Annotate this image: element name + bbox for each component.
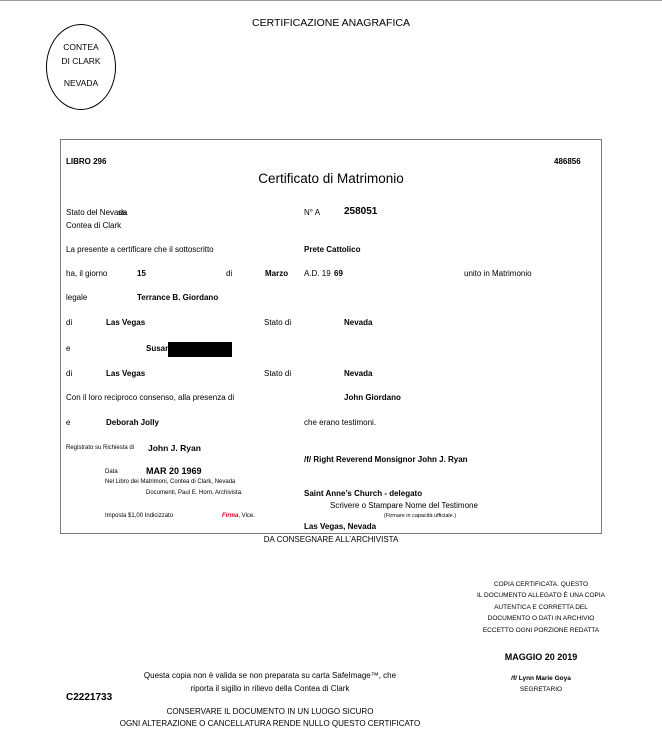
- groom-of-label: di: [66, 318, 72, 327]
- validity-line-2: riporta il sigillo in rilievo della Cont…: [50, 682, 490, 695]
- bride-city: Las Vegas: [106, 369, 145, 378]
- seal-line-1: CONTEA: [47, 42, 115, 52]
- day-label: ha, il giorno: [66, 269, 107, 278]
- certified-line-4: DOCUMENTO O DATI IN ARCHIVIO: [420, 613, 662, 624]
- and-label: e: [66, 344, 70, 353]
- document-code: C2221733: [66, 692, 112, 703]
- certified-line-1: COPIA CERTIFICATA. QUESTO: [420, 579, 662, 590]
- redaction-box: [168, 342, 232, 357]
- fee-text: Imposta $1,00 Indicizzato: [105, 513, 173, 519]
- seal-line-3: NEVADA: [47, 78, 115, 88]
- top-border: [0, 0, 662, 1]
- validity-notice: Questa copia non è valida se non prepara…: [50, 669, 490, 695]
- signed-by: /f/ Right Reverend Monsignor John J. Rya…: [304, 455, 468, 464]
- validity-line-1: Questa copia non è valida se non prepara…: [50, 669, 490, 682]
- seal-line-2: DI CLARK: [47, 56, 115, 66]
- of-label: di: [226, 269, 232, 278]
- signature-word: Firma: [222, 513, 238, 519]
- alteration-warning: OGNI ALTERAZIONE O CANCELLATURA RENDE NU…: [50, 718, 490, 730]
- year-prefix: A.D. 19: [304, 269, 331, 278]
- certificate-title: Certificato di Matrimonio: [0, 171, 662, 186]
- witness-2: Deborah Jolly: [106, 418, 159, 427]
- certified-date: MAGGIO 20 2019: [420, 652, 662, 662]
- certified-line-3: AUTENTICA E CORRETTA DEL: [420, 602, 662, 613]
- serial-number: 486856: [554, 157, 581, 166]
- deliver-text: DA CONSEGNARE ALL’ARCHIVISTA: [0, 535, 662, 544]
- signature-line: Firma, Vice.: [222, 513, 255, 519]
- keep-safe-text: CONSERVARE IL DOCUMENTO IN UN LUOGO SICU…: [50, 706, 490, 718]
- county-seal: CONTEA DI CLARK NEVADA: [46, 24, 116, 110]
- church: Saint Anne’s Church - delegato: [304, 489, 422, 498]
- certificate-frame: [60, 139, 602, 534]
- official-capacity: (Firmare in capacità ufficiale.): [384, 513, 456, 519]
- date-label: Data: [105, 469, 118, 475]
- location: Las Vegas, Nevada: [304, 522, 376, 531]
- certified-line-2: IL DOCUMENTO ALLEGATO È UNA COPIA: [420, 590, 662, 601]
- officiant-role: Prete Cattolico: [304, 245, 360, 254]
- safety-notice: CONSERVARE IL DOCUMENTO IN UN LUOGO SICU…: [50, 706, 490, 730]
- witness-text: che erano testimoni.: [304, 418, 376, 427]
- groom-state-label: Stato di: [264, 318, 291, 327]
- witness-1: John Giordano: [344, 393, 401, 402]
- book-line-2: Documenti, Paul E. Horn, Archivista.: [146, 490, 243, 496]
- and-label-2: e: [66, 418, 70, 427]
- bride-state-label: Stato di: [264, 369, 291, 378]
- recorded-by: John J. Ryan: [148, 443, 201, 453]
- bride-state: Nevada: [344, 369, 372, 378]
- united-text: unito in Matrimonio: [464, 269, 532, 278]
- record-date: MAR 20 1969: [146, 466, 202, 476]
- page-title: CERTIFICAZIONE ANAGRAFICA: [0, 17, 662, 29]
- vice-text: , Vice.: [238, 513, 255, 519]
- bride-name: Susan: [146, 344, 170, 353]
- groom-city: Las Vegas: [106, 318, 145, 327]
- certificate-number: 258051: [344, 206, 377, 217]
- month-value: Marzo: [265, 269, 288, 278]
- book-line-1: Nel Libro dei Matrimoni, Contea di Clark…: [105, 479, 235, 485]
- groom-name: Terrance B. Giordano: [137, 293, 218, 302]
- certify-text: La presente a certificare che il sottosc…: [66, 245, 214, 254]
- number-label: N° A: [304, 208, 320, 217]
- day-value: 15: [137, 269, 146, 278]
- ss-label: ss.: [118, 208, 128, 217]
- certified-copy-text: COPIA CERTIFICATA. QUESTO IL DOCUMENTO A…: [420, 579, 662, 636]
- groom-state: Nevada: [344, 318, 372, 327]
- year-suffix: 69: [334, 269, 343, 278]
- witness-instruction: Scrivere o Stampare Nome del Testimone: [330, 501, 478, 510]
- legal-label: legale: [66, 293, 87, 302]
- book-number: LIBRO 296: [66, 157, 106, 166]
- recorded-label: Registrato su Richiesta di: [66, 445, 134, 451]
- consent-text: Con il loro reciproco consenso, alla pre…: [66, 393, 234, 402]
- certified-line-5: ECCETTO OGNI PORZIONE REDATTA: [420, 625, 662, 636]
- county-label: Contea di Clark: [66, 221, 121, 230]
- bride-of-label: di: [66, 369, 72, 378]
